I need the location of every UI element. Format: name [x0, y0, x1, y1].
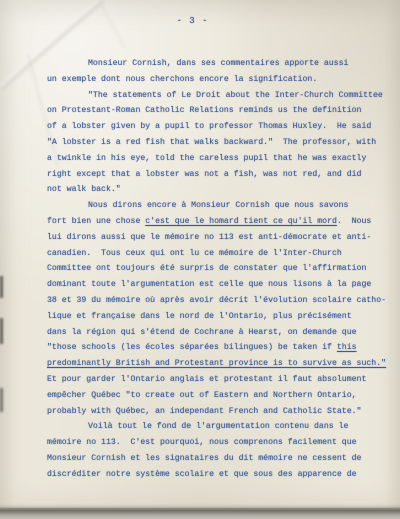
- text-segment: probably with Québec, an independant Fre…: [47, 407, 361, 416]
- text-segment: Voilà tout le fond de l'argumentation co…: [88, 422, 348, 431]
- text-segment: right except that a lobster was not a fi…: [47, 170, 361, 179]
- document-photo: - 3 - Monsieur Cornish, dans ses comment…: [0, 0, 400, 519]
- text-segment: dominant toute l'argumentation est celle…: [47, 280, 371, 289]
- text-line: Voilà tout le fond de l'argumentation co…: [47, 419, 392, 435]
- text-line: right except that a lobster was not a fi…: [47, 167, 392, 183]
- underlined-text: predominantly British and Protestant pro…: [47, 359, 386, 368]
- text-line: dominant toute l'argumentation est celle…: [47, 277, 392, 293]
- text-segment: "those schools (les écoles séparées bili…: [47, 343, 337, 352]
- text-segment: "The statements of Le Droit about the In…: [88, 91, 383, 100]
- text-segment: not walk back.": [47, 185, 121, 194]
- text-segment: Monsieur Cornish et les signataires du d…: [47, 454, 361, 463]
- text-line: "those schools (les écoles séparées bili…: [47, 340, 392, 356]
- paper-bottom-edge-shadow: [0, 503, 400, 519]
- text-line: discréditer notre système scolaire et qu…: [47, 467, 392, 483]
- text-segment: a twinkle in his eye, told the careless …: [47, 154, 366, 163]
- text-segment: Committee ont toujours été surpris de co…: [47, 264, 366, 273]
- text-segment: . Nous: [337, 217, 371, 226]
- text-segment: "A lobster is a red fish that walks back…: [47, 138, 376, 147]
- text-line: Et pour garder l'Ontario anglais et prot…: [47, 372, 392, 388]
- text-line: of a lobster given by a pupil to profess…: [47, 119, 392, 135]
- text-line: predominantly British and Protestant pro…: [47, 356, 392, 372]
- text-segment: canadien. Tous ceux qui ont lu ce mémoir…: [47, 249, 342, 258]
- text-segment: Monsieur Cornish, dans ses commentaires …: [88, 59, 348, 68]
- text-line: Nous dirons encore à Monsieur Cornish qu…: [47, 198, 392, 214]
- text-line: Committee ont toujours été surpris de co…: [47, 261, 392, 277]
- text-line: probably with Québec, an independant Fre…: [47, 404, 392, 420]
- photo-edge-mark: [0, 318, 3, 344]
- text-segment: Et pour garder l'Ontario anglais et prot…: [47, 375, 366, 384]
- underlined-text: c'est que le homard tient ce qu'il mord: [145, 217, 337, 226]
- text-segment: empêcher Québec "to create out of Easter…: [47, 391, 357, 400]
- page-number: - 3 -: [0, 16, 385, 26]
- paper-sheet: - 3 - Monsieur Cornish, dans ses comment…: [0, 0, 400, 508]
- text-line: a twinkle in his eye, told the careless …: [47, 151, 392, 167]
- text-line: Monsieur Cornish, dans ses commentaires …: [47, 56, 392, 72]
- text-line: lui dirons aussi que le mémoire no 113 e…: [47, 230, 392, 246]
- text-segment: dans la région qui s'étend de Cochrane à…: [47, 328, 357, 337]
- text-segment: Nous dirons encore à Monsieur Cornish qu…: [88, 201, 348, 210]
- text-segment: of a lobster given by a pupil to profess…: [47, 122, 371, 131]
- text-line: mémoire no 113. C'est pourquoi, nous com…: [47, 435, 392, 451]
- text-line: "The statements of Le Droit about the In…: [47, 88, 392, 104]
- text-line: canadien. Tous ceux qui ont lu ce mémoir…: [47, 246, 392, 262]
- text-segment: on Protestant-Roman Catholic Relations r…: [47, 106, 361, 115]
- text-segment: 38 et 39 du mémoire où après avoir décri…: [47, 296, 386, 305]
- text-segment: lique et française dans le nord de l'Ont…: [47, 312, 352, 321]
- text-line: Monsieur Cornish et les signataires du d…: [47, 451, 392, 467]
- text-line: lique et française dans le nord de l'Ont…: [47, 309, 392, 325]
- text-line: empêcher Québec "to create out of Easter…: [47, 388, 392, 404]
- text-line: 38 et 39 du mémoire où après avoir décri…: [47, 293, 392, 309]
- text-line: fort bien une chose c'est que le homard …: [47, 214, 392, 230]
- text-line: "A lobster is a red fish that walks back…: [47, 135, 392, 151]
- underlined-text: this: [337, 343, 357, 352]
- text-segment: fort bien une chose: [47, 217, 145, 226]
- photo-edge-mark: [0, 276, 3, 298]
- text-line: un exemple dont nous cherchons encore la…: [47, 72, 392, 88]
- text-line: not walk back.": [47, 182, 392, 198]
- text-segment: lui dirons aussi que le mémoire no 113 e…: [47, 233, 371, 242]
- document-body: Monsieur Cornish, dans ses commentaires …: [47, 56, 392, 483]
- text-line: on Protestant-Roman Catholic Relations r…: [47, 103, 392, 119]
- text-segment: un exemple dont nous cherchons encore la…: [47, 75, 317, 84]
- text-segment: discréditer notre système scolaire et qu…: [47, 470, 357, 479]
- text-segment: mémoire no 113. C'est pourquoi, nous com…: [47, 438, 357, 447]
- text-line: dans la région qui s'étend de Cochrane à…: [47, 325, 392, 341]
- photo-edge-mark: [0, 388, 3, 412]
